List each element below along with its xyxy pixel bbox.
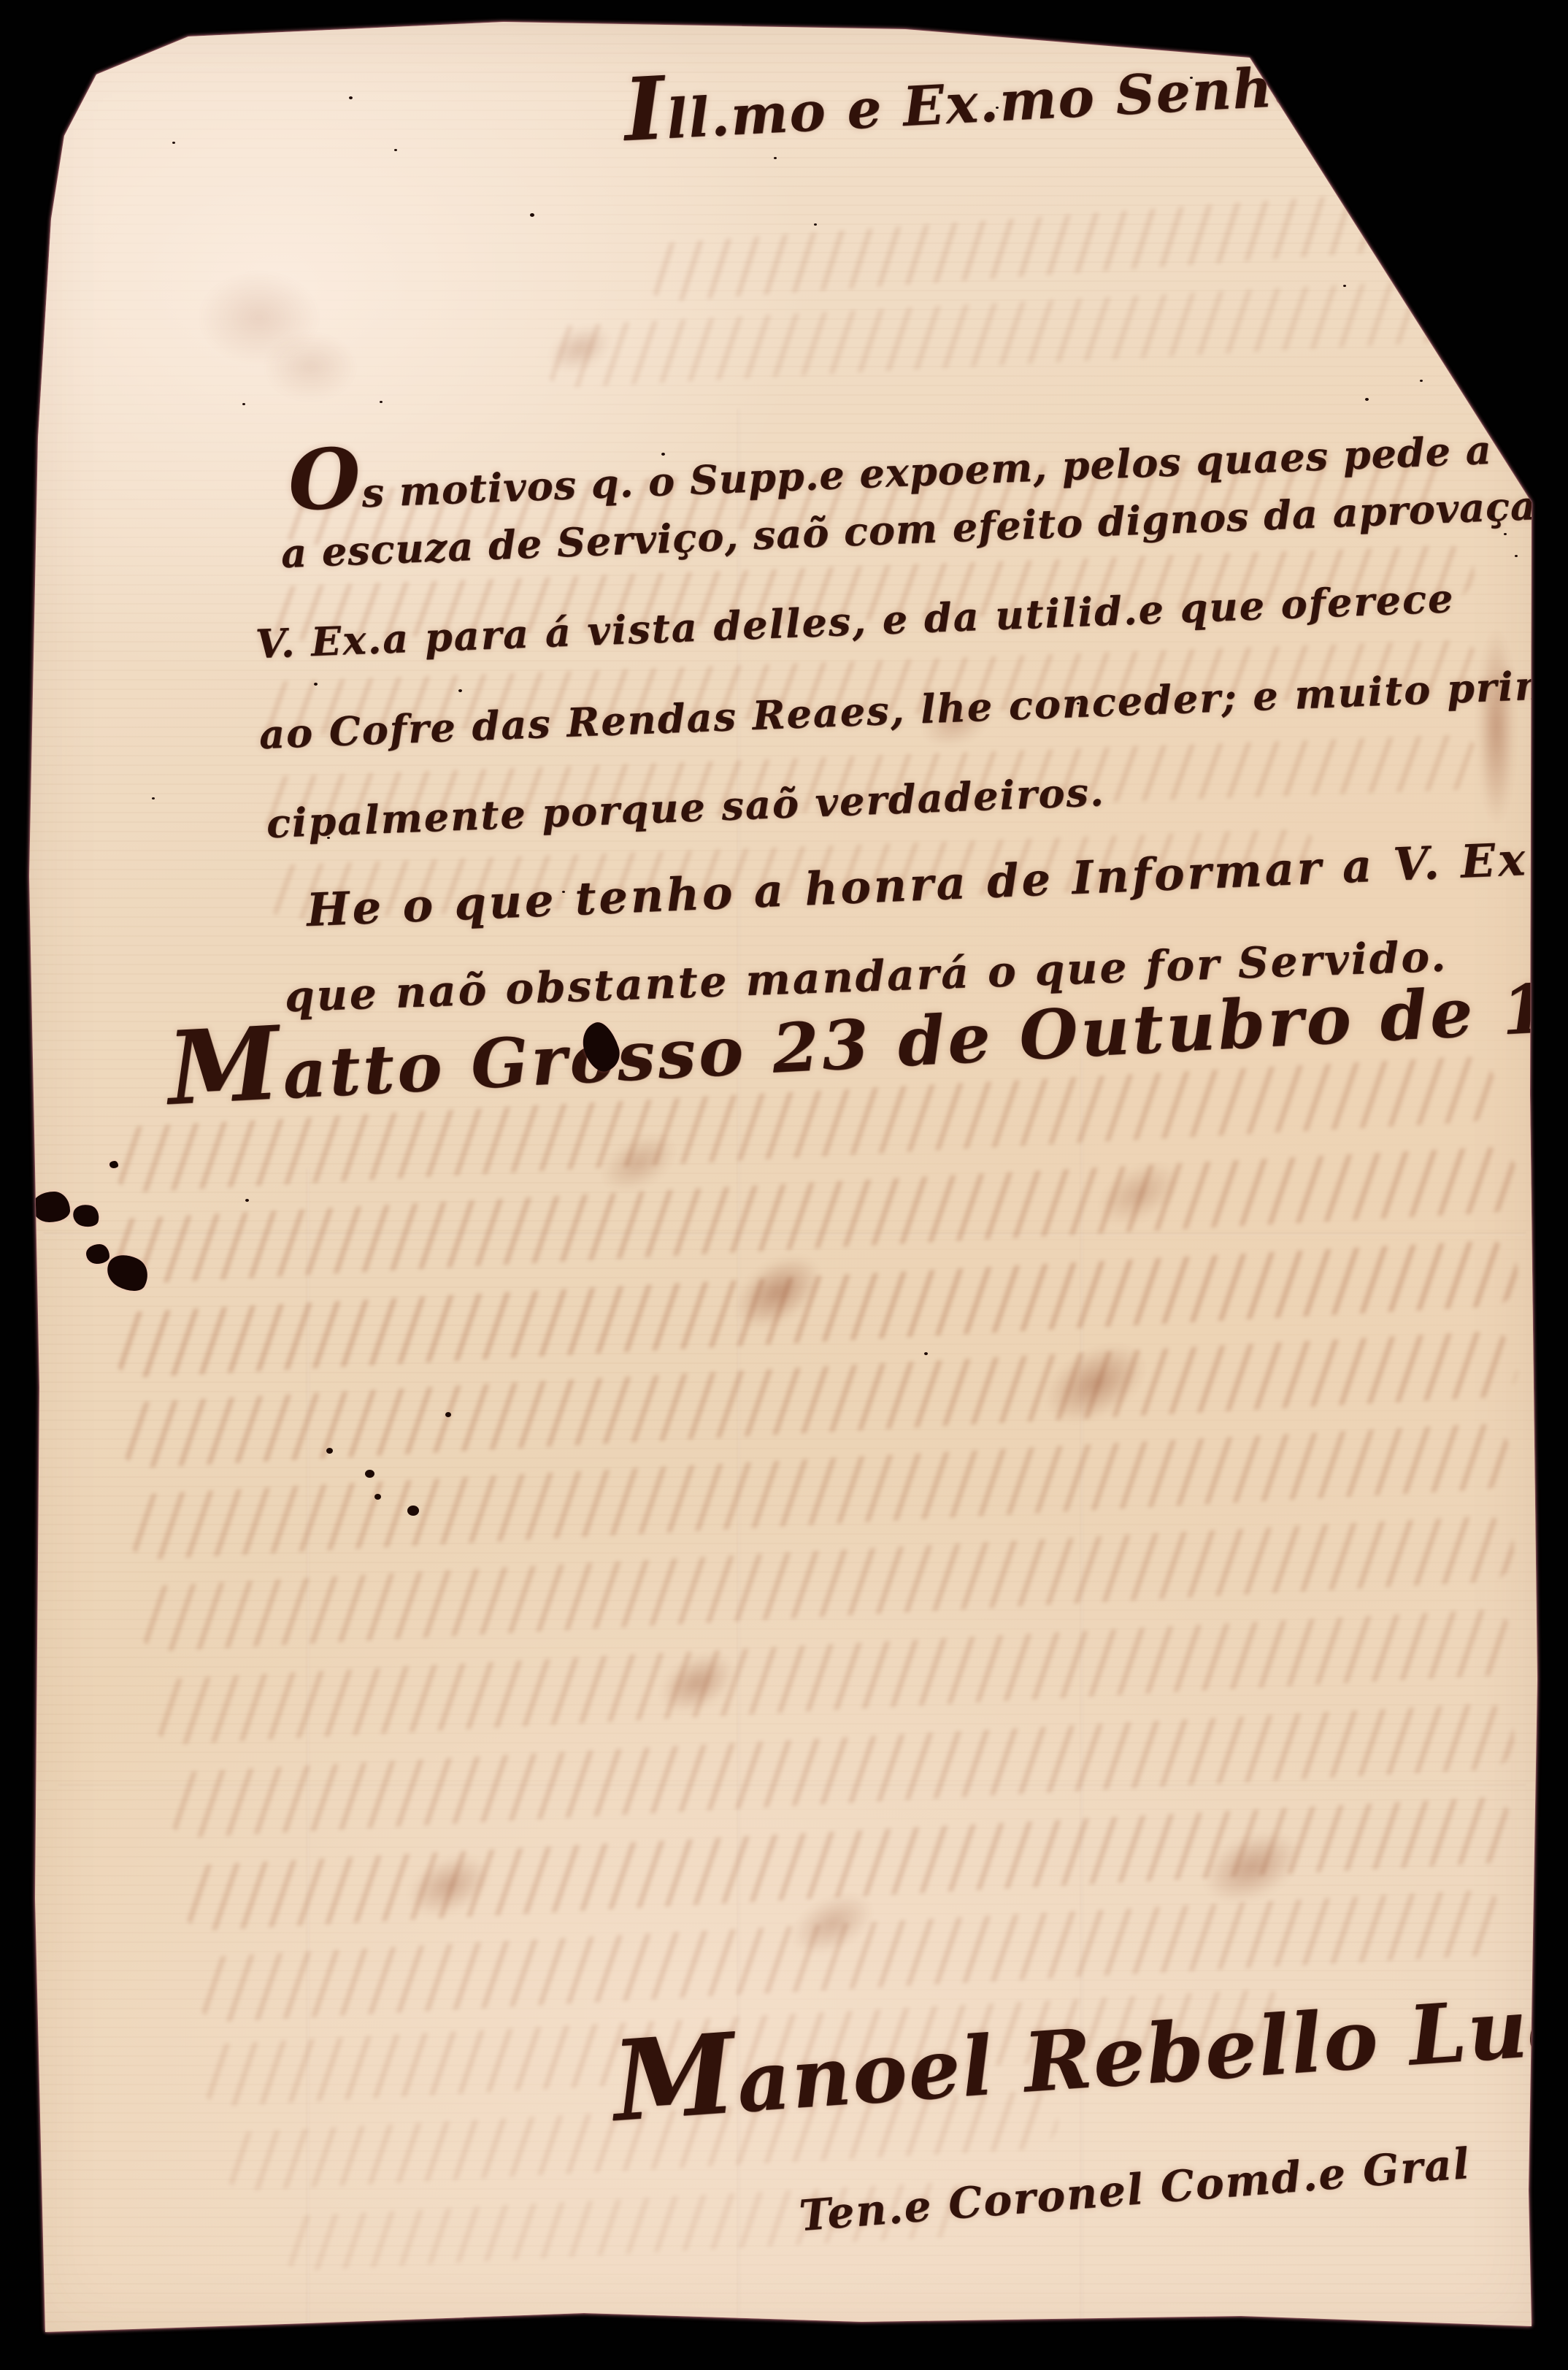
- ink-speck: [530, 213, 534, 217]
- ink-speck: [814, 223, 817, 226]
- ink-speck: [327, 837, 330, 839]
- ink-speck: [349, 96, 353, 99]
- ink-speck: [701, 723, 704, 725]
- ink-speck: [172, 142, 175, 144]
- ink-speck: [1365, 398, 1369, 401]
- ink-speck: [407, 1506, 419, 1516]
- manuscript-photo: Ill.mo e Ex.mo Senhor Os motivos q. o Su…: [0, 0, 1568, 2370]
- ink-speck: [1391, 257, 1394, 259]
- ink-speck: [1359, 228, 1363, 231]
- ink-blot: [577, 1019, 625, 1076]
- ink-blot: [86, 1244, 109, 1264]
- ink-speck: [445, 1412, 451, 1417]
- ink-blot: [32, 1192, 70, 1222]
- ink-speck: [815, 2352, 818, 2354]
- paper-edge: Ill.mo e Ex.mo Senhor Os motivos q. o Su…: [0, 0, 1568, 2370]
- ink-speck: [661, 453, 665, 456]
- ink-speck: [380, 401, 383, 403]
- ink-speck: [242, 403, 245, 405]
- ink-speck: [245, 1199, 249, 1202]
- ink-speck: [924, 1352, 928, 1355]
- ink-speck: [374, 1494, 381, 1500]
- ink-speck: [1420, 380, 1423, 382]
- stain-smudge: [1350, 69, 1423, 110]
- ink-speck: [1077, 702, 1080, 705]
- ink-speck: [314, 683, 318, 686]
- letter-paper: Ill.mo e Ex.mo Senhor Os motivos q. o Su…: [0, 0, 1568, 2370]
- ink-speck: [675, 703, 679, 706]
- ink-speck: [1504, 533, 1507, 535]
- ink-speck: [1491, 515, 1494, 518]
- ink-speck: [394, 149, 397, 151]
- ink-marks-layer: [0, 0, 1568, 2370]
- ink-speck: [152, 797, 155, 799]
- ink-speck: [326, 1448, 333, 1454]
- ink-speck: [1190, 77, 1193, 79]
- ink-speck: [774, 157, 777, 159]
- ink-blot: [109, 1161, 118, 1168]
- ink-speck: [1343, 285, 1346, 287]
- ink-blot: [71, 1202, 101, 1230]
- ink-speck: [562, 891, 565, 893]
- ink-speck: [458, 689, 462, 692]
- ink-speck: [996, 107, 999, 109]
- ink-speck: [1515, 555, 1518, 557]
- ink-speck: [365, 1470, 374, 1478]
